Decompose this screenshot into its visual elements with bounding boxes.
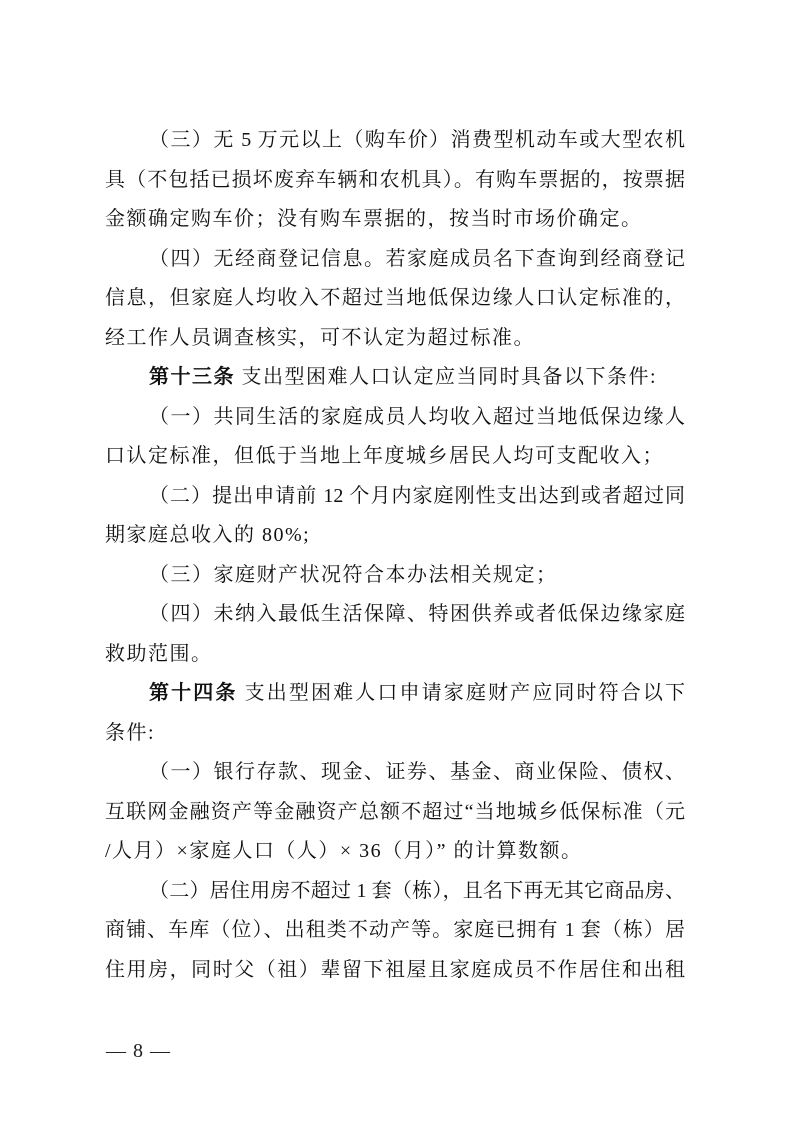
text-segment: 口认定标准，但低于当地上年度城乡居民人均可支配收入； (105, 445, 664, 467)
text-line: （三）无 5 万元以上（购车价）消费型机动车或大型农机 (105, 121, 685, 161)
text-line: （一）银行存款、现金、证券、基金、商业保险、债权、 (105, 753, 685, 793)
text-segment: 期家庭总收入的 80%; (105, 524, 310, 546)
text-segment: 救助范围。 (105, 643, 213, 665)
text-segment: （三）家庭财产状况符合本办法相关规定； (149, 564, 558, 586)
text-line: （二）居住用房不超过 1 套（栋），且名下再无其它商品房、 (105, 872, 685, 912)
text-line: （三）家庭财产状况符合本办法相关规定； (105, 556, 685, 596)
text-line: 第十三条 支出型困难人口认定应当同时具备以下条件: (105, 358, 685, 398)
text-segment: 商铺、车库（位）、出租类不动产等。家庭已拥有 1 套（栋）居 (105, 919, 685, 941)
text-segment: 具（不包括已损坏废弃车辆和农机具）。有购车票据的，按票据 (105, 169, 685, 191)
text-segment: 支出型困难人口申请家庭财产应同时符合以下 (238, 682, 686, 704)
text-line: 条件: (105, 714, 685, 754)
page-number: — 8 — (106, 1036, 171, 1066)
text-line: （四）无经商登记信息。若家庭成员名下查询到经商登记 (105, 240, 685, 280)
text-line: （一）共同生活的家庭成员人均收入超过当地低保边缘人 (105, 398, 685, 438)
text-line: 具（不包括已损坏废弃车辆和农机具）。有购车票据的，按票据 (105, 161, 685, 201)
text-segment: （一）银行存款、现金、证券、基金、商业保险、债权、 (149, 761, 685, 783)
text-segment: /人月）×家庭人口（人）× 36（月）” 的计算数额。 (105, 840, 583, 862)
text-segment: （一）共同生活的家庭成员人均收入超过当地低保边缘人 (149, 406, 685, 428)
article-number: 第十三条 (149, 366, 235, 388)
text-segment: （二）居住用房不超过 1 套（栋），且名下再无其它商品房、 (149, 880, 685, 902)
document-body: （三）无 5 万元以上（购车价）消费型机动车或大型农机具（不包括已损坏废弃车辆和… (105, 121, 685, 990)
text-line: （四）未纳入最低生活保障、特困供养或者低保边缘家庭 (105, 595, 685, 635)
text-line: 金额确定购车价；没有购车票据的，按当时市场价确定。 (105, 200, 685, 240)
text-segment: 互联网金融资产等金融资产总额不超过“当地城乡低保标准（元 (105, 801, 685, 823)
text-line: /人月）×家庭人口（人）× 36（月）” 的计算数额。 (105, 832, 685, 872)
text-segment: 经工作人员调查核实，可不认定为超过标准。 (105, 327, 535, 349)
text-segment: （二）提出申请前 12 个月内家庭刚性支出达到或者超过同 (149, 485, 685, 507)
text-segment: 住用房，同时父（祖）辈留下祖屋且家庭成员不作居住和出租 (105, 959, 685, 981)
text-segment: 信息，但家庭人均收入不超过当地低保边缘人口认定标准的， (105, 287, 685, 309)
text-line: 互联网金融资产等金融资产总额不超过“当地城乡低保标准（元 (105, 793, 685, 833)
text-segment: 条件: (105, 722, 155, 744)
text-line: （二）提出申请前 12 个月内家庭刚性支出达到或者超过同 (105, 477, 685, 517)
document-page: （三）无 5 万元以上（购车价）消费型机动车或大型农机具（不包括已损坏废弃车辆和… (0, 0, 793, 1122)
article-number: 第十四条 (149, 682, 238, 704)
text-segment: 支出型困难人口认定应当同时具备以下条件: (235, 366, 657, 388)
text-line: 第十四条 支出型困难人口申请家庭财产应同时符合以下 (105, 674, 685, 714)
text-segment: （四）无经商登记信息。若家庭成员名下查询到经商登记 (149, 248, 685, 270)
text-line: 信息，但家庭人均收入不超过当地低保边缘人口认定标准的， (105, 279, 685, 319)
text-line: 救助范围。 (105, 635, 685, 675)
text-line: 口认定标准，但低于当地上年度城乡居民人均可支配收入； (105, 437, 685, 477)
text-segment: （三）无 5 万元以上（购车价）消费型机动车或大型农机 (149, 129, 685, 151)
text-segment: （四）未纳入最低生活保障、特困供养或者低保边缘家庭 (149, 603, 685, 625)
text-line: 住用房，同时父（祖）辈留下祖屋且家庭成员不作居住和出租 (105, 951, 685, 991)
text-line: 期家庭总收入的 80%; (105, 516, 685, 556)
text-line: 经工作人员调查核实，可不认定为超过标准。 (105, 319, 685, 359)
text-line: 商铺、车库（位）、出租类不动产等。家庭已拥有 1 套（栋）居 (105, 911, 685, 951)
text-segment: 金额确定购车价；没有购车票据的，按当时市场价确定。 (105, 208, 643, 230)
